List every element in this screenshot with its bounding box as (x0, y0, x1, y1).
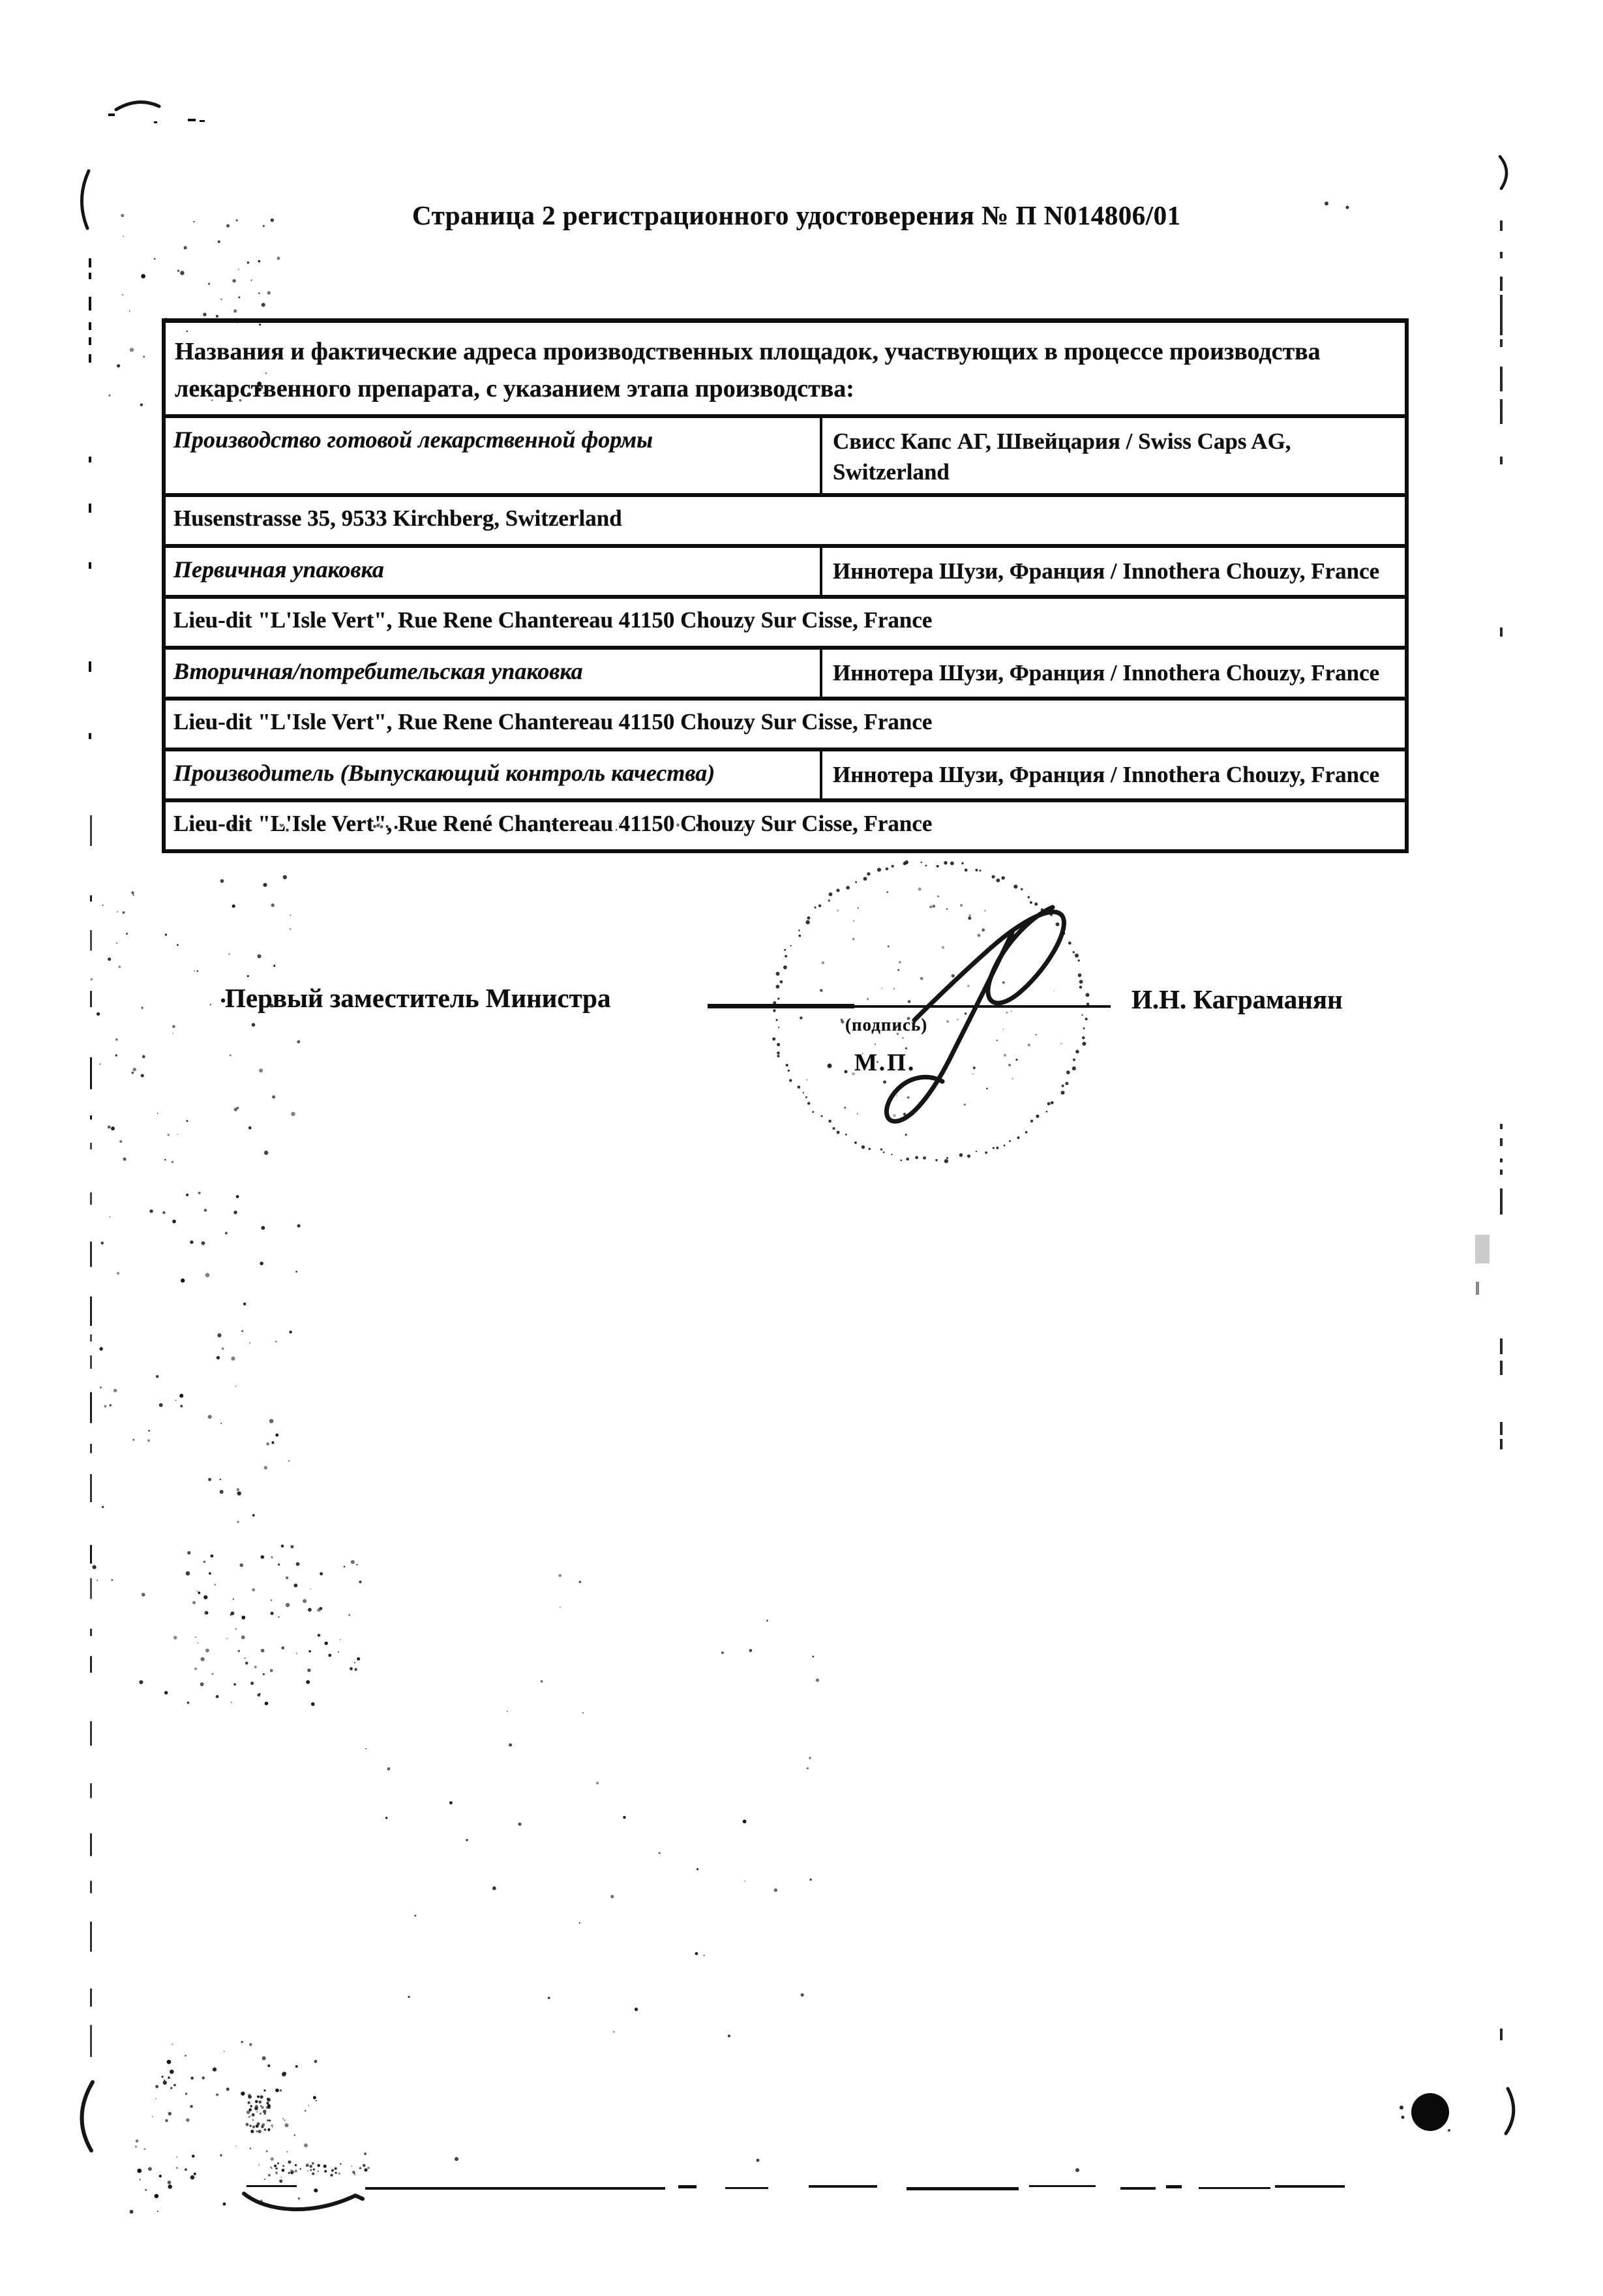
scanned-certificate-page: Страница 2 регистрационного удостоверени… (0, 0, 1603, 2296)
address-cell: Lieu-dit "L'Isle Vert", Rue René Chanter… (166, 802, 1405, 849)
seal-place-mark: М.П. (854, 1049, 916, 1077)
punch-hole-dot (1411, 2093, 1449, 2131)
signature-caption: (подпись) (845, 1015, 927, 1035)
stage-cell: Первичная упаковка (166, 548, 822, 595)
address-cell: Husenstrasse 35, 9533 Kirchberg, Switzer… (166, 497, 1405, 544)
signer-name: И.Н. Каграманян (1131, 984, 1343, 1015)
stage-cell: Вторичная/потребительская упаковка (166, 650, 822, 697)
table-row: Husenstrasse 35, 9533 Kirchberg, Switzer… (166, 497, 1405, 548)
table-row: Первичная упаковка Иннотера Шузи, Франци… (166, 548, 1405, 599)
table-header: Названия и фактические адреса производст… (166, 323, 1405, 418)
company-cell: Свисс Капс АГ, Швейцария / Swiss Caps AG… (822, 418, 1405, 493)
table-row: Вторичная/потребительская упаковка Иннот… (166, 650, 1405, 701)
company-cell: Иннотера Шузи, Франция / Innothera Chouz… (822, 650, 1405, 697)
signer-title: Первый заместитель Министра (225, 982, 610, 1014)
page-title: Страница 2 регистрационного удостоверени… (412, 200, 1181, 231)
production-sites-table: Названия и фактические адреса производст… (162, 318, 1409, 853)
company-cell: Иннотера Шузи, Франция / Innothera Chouz… (822, 548, 1405, 595)
address-cell: Lieu-dit "L'Isle Vert", Rue Rene Chanter… (166, 701, 1405, 748)
company-cell: Иннотера Шузи, Франция / Innothera Chouz… (822, 751, 1405, 798)
stage-cell: Производитель (Выпускающий контроль каче… (166, 751, 822, 798)
table-row: Производитель (Выпускающий контроль каче… (166, 751, 1405, 802)
table-row: Lieu-dit "L'Isle Vert", Rue Rene Chanter… (166, 599, 1405, 650)
address-cell: Lieu-dit "L'Isle Vert", Rue Rene Chanter… (166, 599, 1405, 646)
table-row: Lieu-dit "L'Isle Vert", Rue René Chanter… (166, 802, 1405, 849)
stage-cell: Производство готовой лекарственной формы (166, 418, 822, 493)
signature-line (708, 1004, 1111, 1008)
table-row: Lieu-dit "L'Isle Vert", Rue Rene Chanter… (166, 701, 1405, 751)
table-row: Производство готовой лекарственной формы… (166, 418, 1405, 497)
